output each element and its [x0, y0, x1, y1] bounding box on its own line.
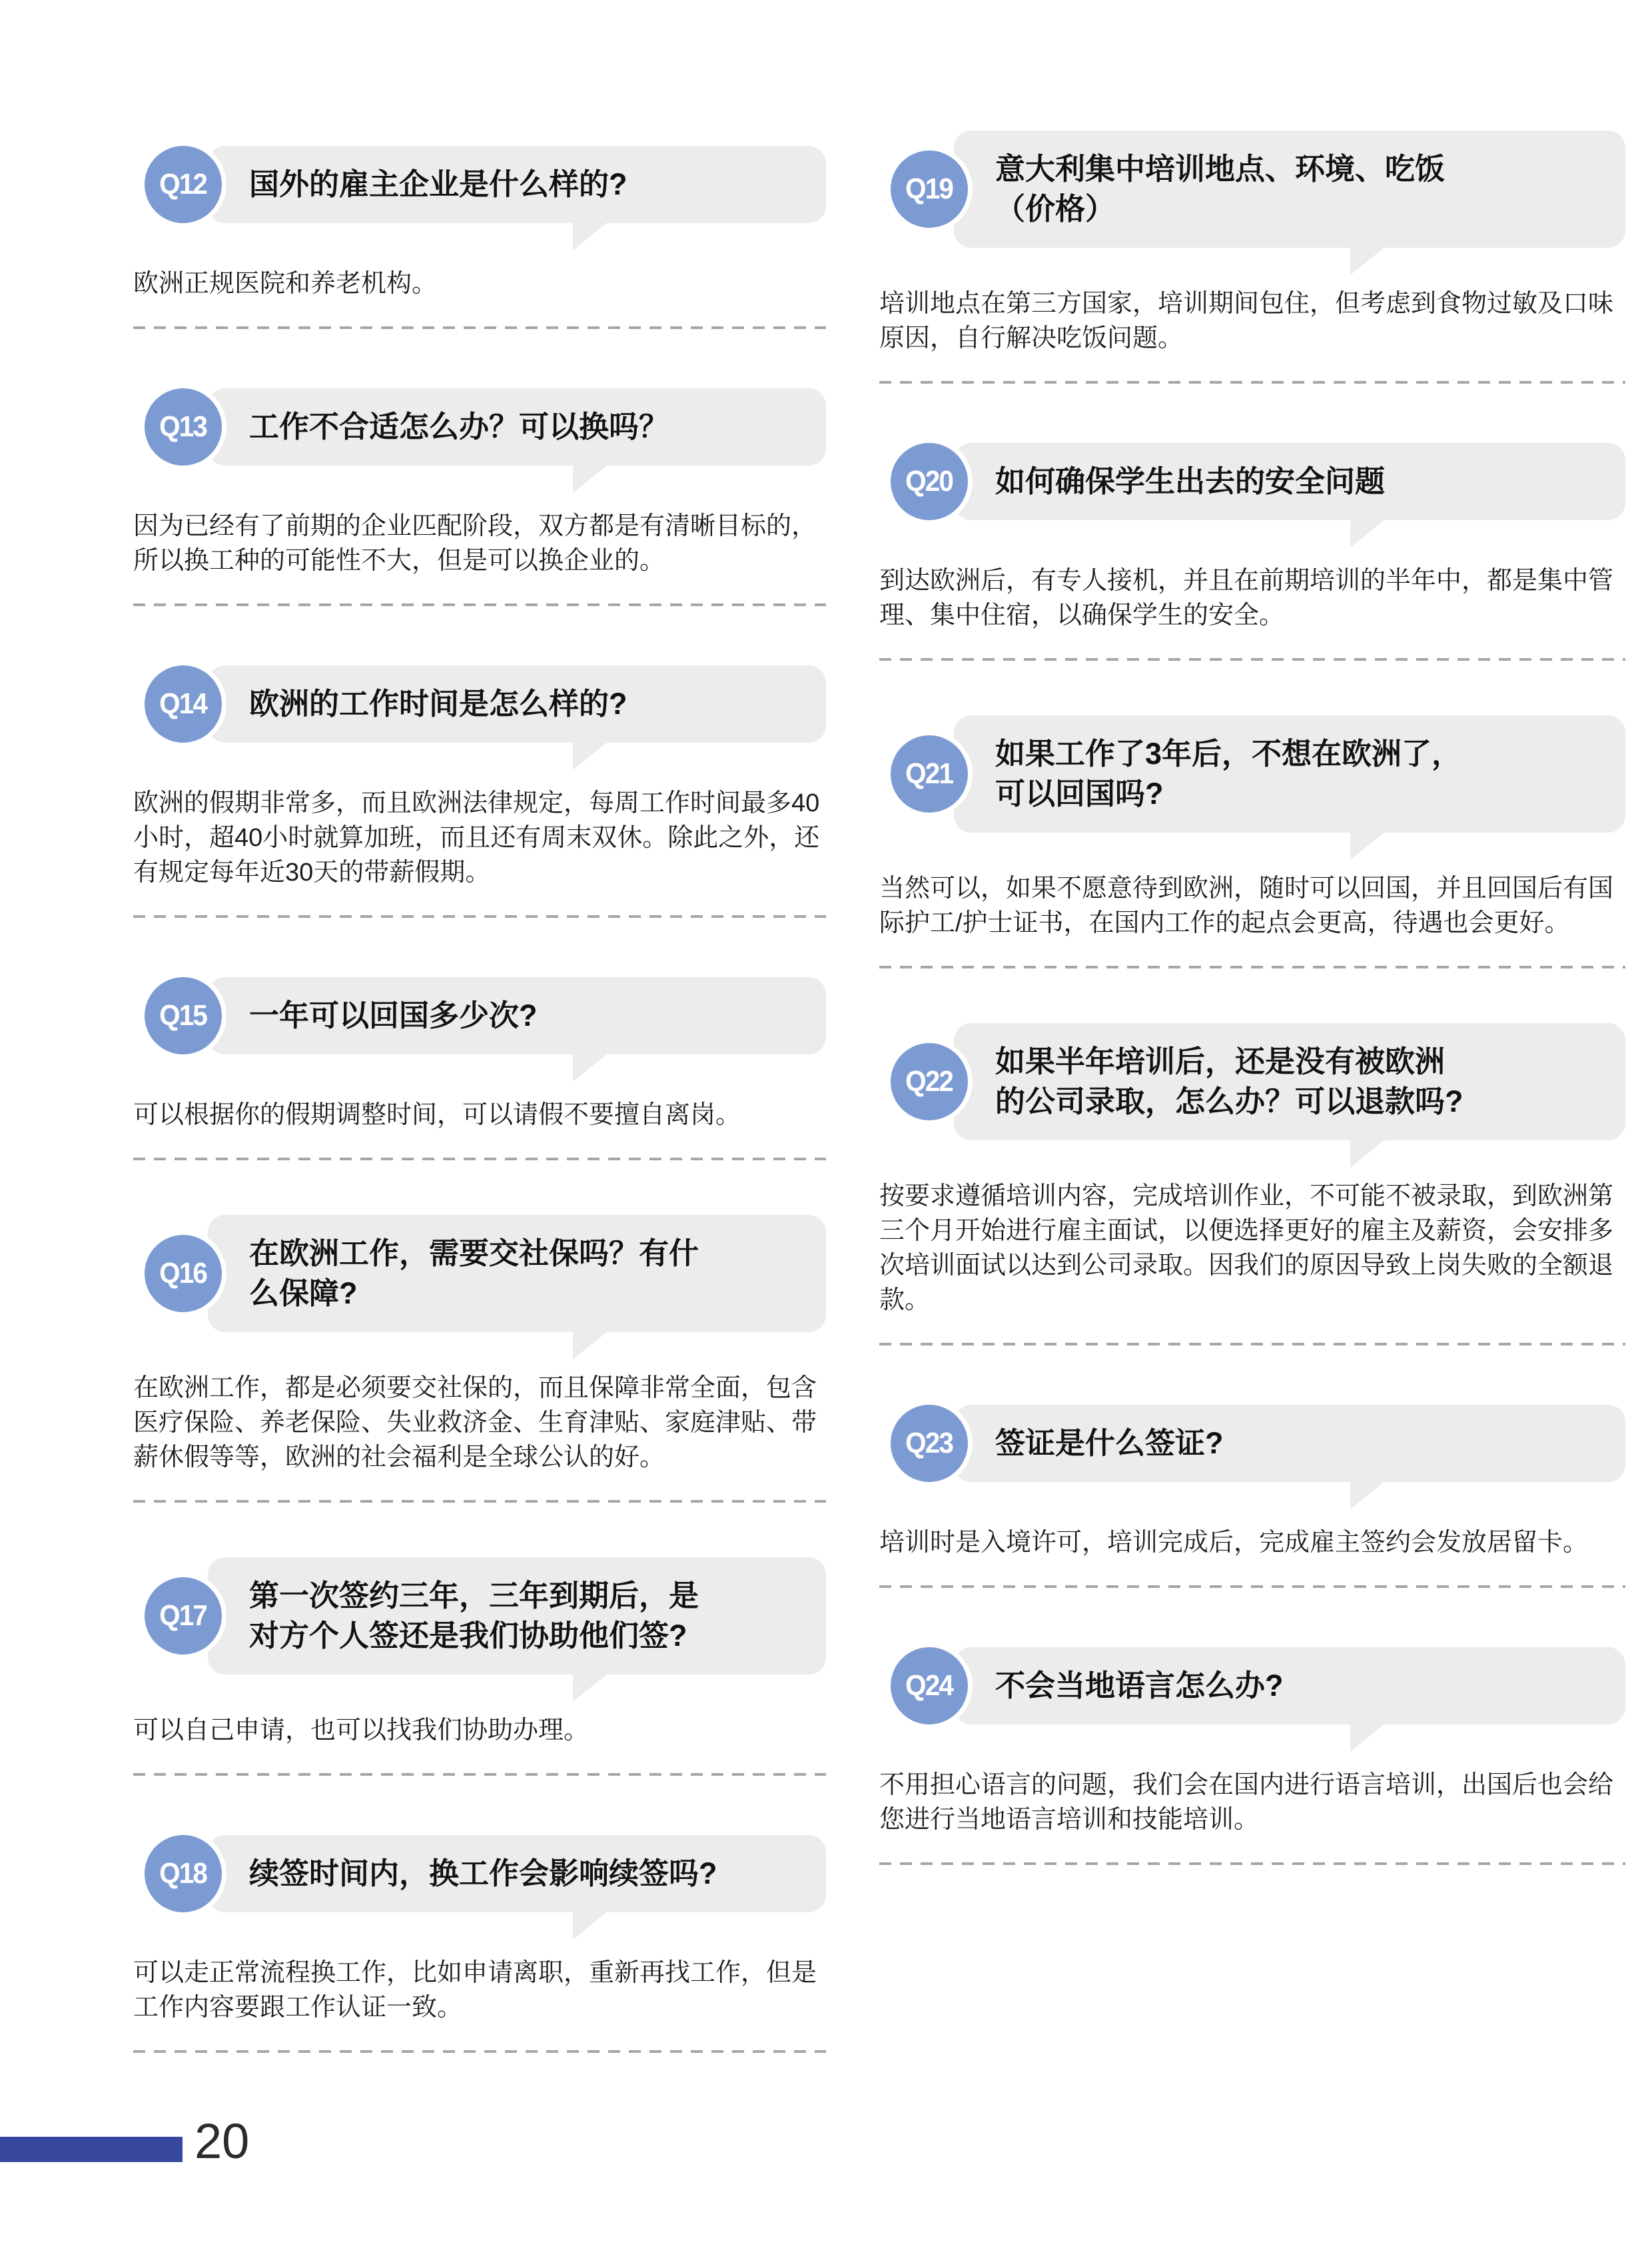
faq-item: Q16 在欧洲工作，需要交社保吗？有什 么保障? 在欧洲工作，都是必须要交社保的… [133, 1215, 826, 1503]
question-number-label: Q23 [905, 1427, 953, 1460]
answer-text: 可以根据你的假期调整时间，可以请假不要擅自离岗。 [133, 1098, 826, 1132]
bubble-tail-icon [573, 1054, 608, 1082]
question-row: Q13 工作不合适怎么办？可以换吗？ [133, 384, 826, 470]
question-bubble: 国外的雇主企业是什么样的? [208, 146, 826, 223]
question-number-label: Q17 [159, 1599, 206, 1633]
question-number-label: Q21 [905, 757, 953, 791]
question-row: Q14 欧洲的工作时间是怎么样的? [133, 661, 826, 747]
question-row: Q23 签证是什么签证? [879, 1400, 1625, 1487]
question-number-badge: Q24 [886, 1643, 973, 1729]
question-number-badge: Q20 [886, 438, 973, 525]
question-row: Q24 不会当地语言怎么办? [879, 1643, 1625, 1729]
question-number-badge: Q18 [140, 1830, 226, 1917]
dashed-divider [879, 381, 1625, 384]
question-number-label: Q24 [905, 1669, 953, 1702]
question-bubble: 签证是什么签证? [954, 1405, 1625, 1482]
question-number-badge: Q21 [886, 731, 973, 817]
question-row: Q15 一年可以回国多少次? [133, 972, 826, 1059]
dashed-divider [879, 1862, 1625, 1865]
question-row: Q16 在欧洲工作，需要交社保吗？有什 么保障? [133, 1215, 826, 1332]
question-number-label: Q22 [905, 1065, 953, 1098]
question-bubble: 如果工作了3年后，不想在欧洲了， 可以回国吗? [954, 715, 1625, 833]
answer-text: 不用担心语言的问题，我们会在国内进行语言培训，出国后也会给您进行当地语言培训和技… [879, 1768, 1625, 1837]
faq-item: Q17 第一次签约三年，三年到期后，是 对方个人签还是我们协助他们签? 可以自己… [133, 1557, 826, 1776]
question-number-label: Q16 [159, 1257, 206, 1290]
faq-item: Q13 工作不合适怎么办？可以换吗？ 因为已经有了前期的企业匹配阶段，双方都是有… [133, 384, 826, 606]
question-number-label: Q14 [159, 687, 206, 721]
question-row: Q21 如果工作了3年后，不想在欧洲了， 可以回国吗? [879, 715, 1625, 833]
question-number-badge: Q15 [140, 972, 226, 1059]
question-bubble: 欧洲的工作时间是怎么样的? [208, 665, 826, 743]
faq-column-left: Q12 国外的雇主企业是什么样的? 欧洲正规医院和养老机构。 Q13 工作不合适… [133, 0, 826, 2107]
answer-text: 到达欧洲后，有专人接机，并且在前期培训的半年中，都是集中管理、集中住宿，以确保学… [879, 563, 1625, 633]
faq-columns: Q12 国外的雇主企业是什么样的? 欧洲正规医院和养老机构。 Q13 工作不合适… [133, 0, 1625, 2107]
bubble-tail-icon [1350, 1481, 1385, 1509]
question-text: 意大利集中培训地点、环境、吃饭 （价格） [995, 149, 1445, 229]
question-number-badge: Q14 [140, 661, 226, 747]
question-bubble: 续签时间内，换工作会影响续签吗? [208, 1835, 826, 1912]
answer-text: 培训时是入境许可，培训完成后，完成雇主签约会发放居留卡。 [879, 1525, 1625, 1560]
bubble-tail-icon [573, 742, 608, 770]
question-bubble: 不会当地语言怎么办? [954, 1647, 1625, 1724]
faq-item: Q23 签证是什么签证? 培训时是入境许可，培训完成后，完成雇主签约会发放居留卡… [879, 1400, 1625, 1588]
bubble-tail-icon [573, 465, 608, 493]
faq-item: Q20 如何确保学生出去的安全问题 到达欧洲后，有专人接机，并且在前期培训的半年… [879, 438, 1625, 661]
question-text: 一年可以回国多少次? [249, 996, 538, 1036]
page-number: 20 [195, 2117, 249, 2166]
faq-page: Q12 国外的雇主企业是什么样的? 欧洲正规医院和养老机构。 Q13 工作不合适… [0, 0, 1652, 2242]
answer-text: 可以走正常流程换工作，比如申请离职，重新再找工作，但是工作内容要跟工作认证一致。 [133, 1956, 826, 2025]
question-number-label: Q18 [159, 1857, 206, 1890]
dashed-divider [879, 1585, 1625, 1588]
question-row: Q12 国外的雇主企业是什么样的? [133, 141, 826, 228]
faq-item: Q18 续签时间内，换工作会影响续签吗? 可以走正常流程换工作，比如申请离职，重… [133, 1830, 826, 2053]
faq-item: Q12 国外的雇主企业是什么样的? 欧洲正规医院和养老机构。 [133, 141, 826, 329]
question-number-badge: Q19 [886, 146, 973, 232]
bubble-tail-icon [1350, 832, 1385, 860]
question-bubble: 一年可以回国多少次? [208, 977, 826, 1054]
bubble-tail-icon [1350, 247, 1385, 275]
dashed-divider [133, 603, 826, 606]
question-text: 如果半年培训后，还是没有被欧洲 的公司录取，怎么办？可以退款吗? [995, 1042, 1463, 1122]
question-number-label: Q19 [905, 173, 953, 206]
question-bubble: 意大利集中培训地点、环境、吃饭 （价格） [954, 131, 1625, 248]
question-text: 如果工作了3年后，不想在欧洲了， 可以回国吗? [995, 734, 1461, 814]
question-row: Q20 如何确保学生出去的安全问题 [879, 438, 1625, 525]
bubble-tail-icon [1350, 1140, 1385, 1168]
question-bubble: 工作不合适怎么办？可以换吗？ [208, 388, 826, 466]
answer-text: 在欧洲工作，都是必须要交社保的，而且保障非常全面，包含医疗保险、养老保险、失业救… [133, 1371, 826, 1475]
question-text: 不会当地语言怎么办? [995, 1666, 1284, 1706]
dashed-divider [879, 1343, 1625, 1345]
dashed-divider [879, 658, 1625, 661]
question-text: 欧洲的工作时间是怎么样的? [249, 684, 627, 724]
question-bubble: 如何确保学生出去的安全问题 [954, 443, 1625, 520]
faq-item: Q22 如果半年培训后，还是没有被欧洲 的公司录取，怎么办？可以退款吗? 按要求… [879, 1023, 1625, 1345]
answer-text: 因为已经有了前期的企业匹配阶段，双方都是有清晰目标的，所以换工种的可能性不大，但… [133, 509, 826, 578]
question-number-label: Q13 [159, 410, 206, 444]
answer-text: 按要求遵循培训内容，完成培训作业，不可能不被录取，到欧洲第三个月开始进行雇主面试… [879, 1179, 1625, 1317]
question-number-badge: Q16 [140, 1230, 226, 1317]
question-number-badge: Q12 [140, 141, 226, 228]
question-row: Q22 如果半年培训后，还是没有被欧洲 的公司录取，怎么办？可以退款吗? [879, 1023, 1625, 1140]
question-text: 工作不合适怎么办？可以换吗？ [249, 407, 669, 447]
question-text: 如何确保学生出去的安全问题 [995, 462, 1385, 502]
bubble-tail-icon [573, 222, 608, 250]
question-text: 签证是什么签证? [995, 1423, 1224, 1463]
question-bubble: 如果半年培训后，还是没有被欧洲 的公司录取，怎么办？可以退款吗? [954, 1023, 1625, 1140]
question-text: 国外的雇主企业是什么样的? [249, 165, 627, 204]
question-bubble: 第一次签约三年，三年到期后，是 对方个人签还是我们协助他们签? [208, 1557, 826, 1675]
question-number-label: Q15 [159, 999, 206, 1032]
bubble-tail-icon [1350, 1724, 1385, 1752]
question-text: 续签时间内，换工作会影响续签吗? [249, 1854, 717, 1894]
question-row: Q19 意大利集中培训地点、环境、吃饭 （价格） [879, 131, 1625, 248]
answer-text: 培训地点在第三方国家，培训期间包住，但考虑到食物过敏及口味原因，自行解决吃饭问题… [879, 286, 1625, 356]
question-row: Q17 第一次签约三年，三年到期后，是 对方个人签还是我们协助他们签? [133, 1557, 826, 1675]
question-row: Q18 续签时间内，换工作会影响续签吗? [133, 1830, 826, 1917]
answer-text: 可以自己申请，也可以找我们协助办理。 [133, 1713, 826, 1748]
faq-column-right: Q19 意大利集中培训地点、环境、吃饭 （价格） 培训地点在第三方国家，培训期间… [879, 0, 1625, 2107]
answer-text: 欧洲的假期非常多，而且欧洲法律规定，每周工作时间最多40小时，超40小时就算加班… [133, 786, 826, 890]
question-text: 在欧洲工作，需要交社保吗？有什 么保障? [249, 1234, 699, 1313]
dashed-divider [879, 966, 1625, 968]
question-number-badge: Q17 [140, 1573, 226, 1659]
dashed-divider [133, 1500, 826, 1503]
question-bubble: 在欧洲工作，需要交社保吗？有什 么保障? [208, 1215, 826, 1332]
question-number-badge: Q13 [140, 384, 226, 470]
answer-text: 当然可以，如果不愿意待到欧洲，随时可以回国，并且回国后有国际护工/护士证书，在国… [879, 871, 1625, 940]
dashed-divider [133, 2050, 826, 2053]
faq-item: Q19 意大利集中培训地点、环境、吃饭 （价格） 培训地点在第三方国家，培训期间… [879, 131, 1625, 384]
faq-item: Q21 如果工作了3年后，不想在欧洲了， 可以回国吗? 当然可以，如果不愿意待到… [879, 715, 1625, 968]
question-number-label: Q12 [159, 168, 206, 201]
dashed-divider [133, 1158, 826, 1160]
bubble-tail-icon [573, 1912, 608, 1940]
bubble-tail-icon [573, 1674, 608, 1702]
question-number-badge: Q23 [886, 1400, 973, 1487]
bubble-tail-icon [1350, 520, 1385, 548]
dashed-divider [133, 326, 826, 329]
dashed-divider [133, 915, 826, 918]
faq-item: Q15 一年可以回国多少次? 可以根据你的假期调整时间，可以请假不要擅自离岗。 [133, 972, 826, 1160]
bubble-tail-icon [573, 1331, 608, 1359]
faq-item: Q14 欧洲的工作时间是怎么样的? 欧洲的假期非常多，而且欧洲法律规定，每周工作… [133, 661, 826, 918]
dashed-divider [133, 1773, 826, 1776]
question-number-badge: Q22 [886, 1038, 973, 1125]
question-number-label: Q20 [905, 465, 953, 498]
faq-item: Q24 不会当地语言怎么办? 不用担心语言的问题，我们会在国内进行语言培训，出国… [879, 1643, 1625, 1865]
answer-text: 欧洲正规医院和养老机构。 [133, 266, 826, 301]
question-text: 第一次签约三年，三年到期后，是 对方个人签还是我们协助他们签? [249, 1576, 699, 1656]
footer-accent-bar [0, 2137, 183, 2162]
